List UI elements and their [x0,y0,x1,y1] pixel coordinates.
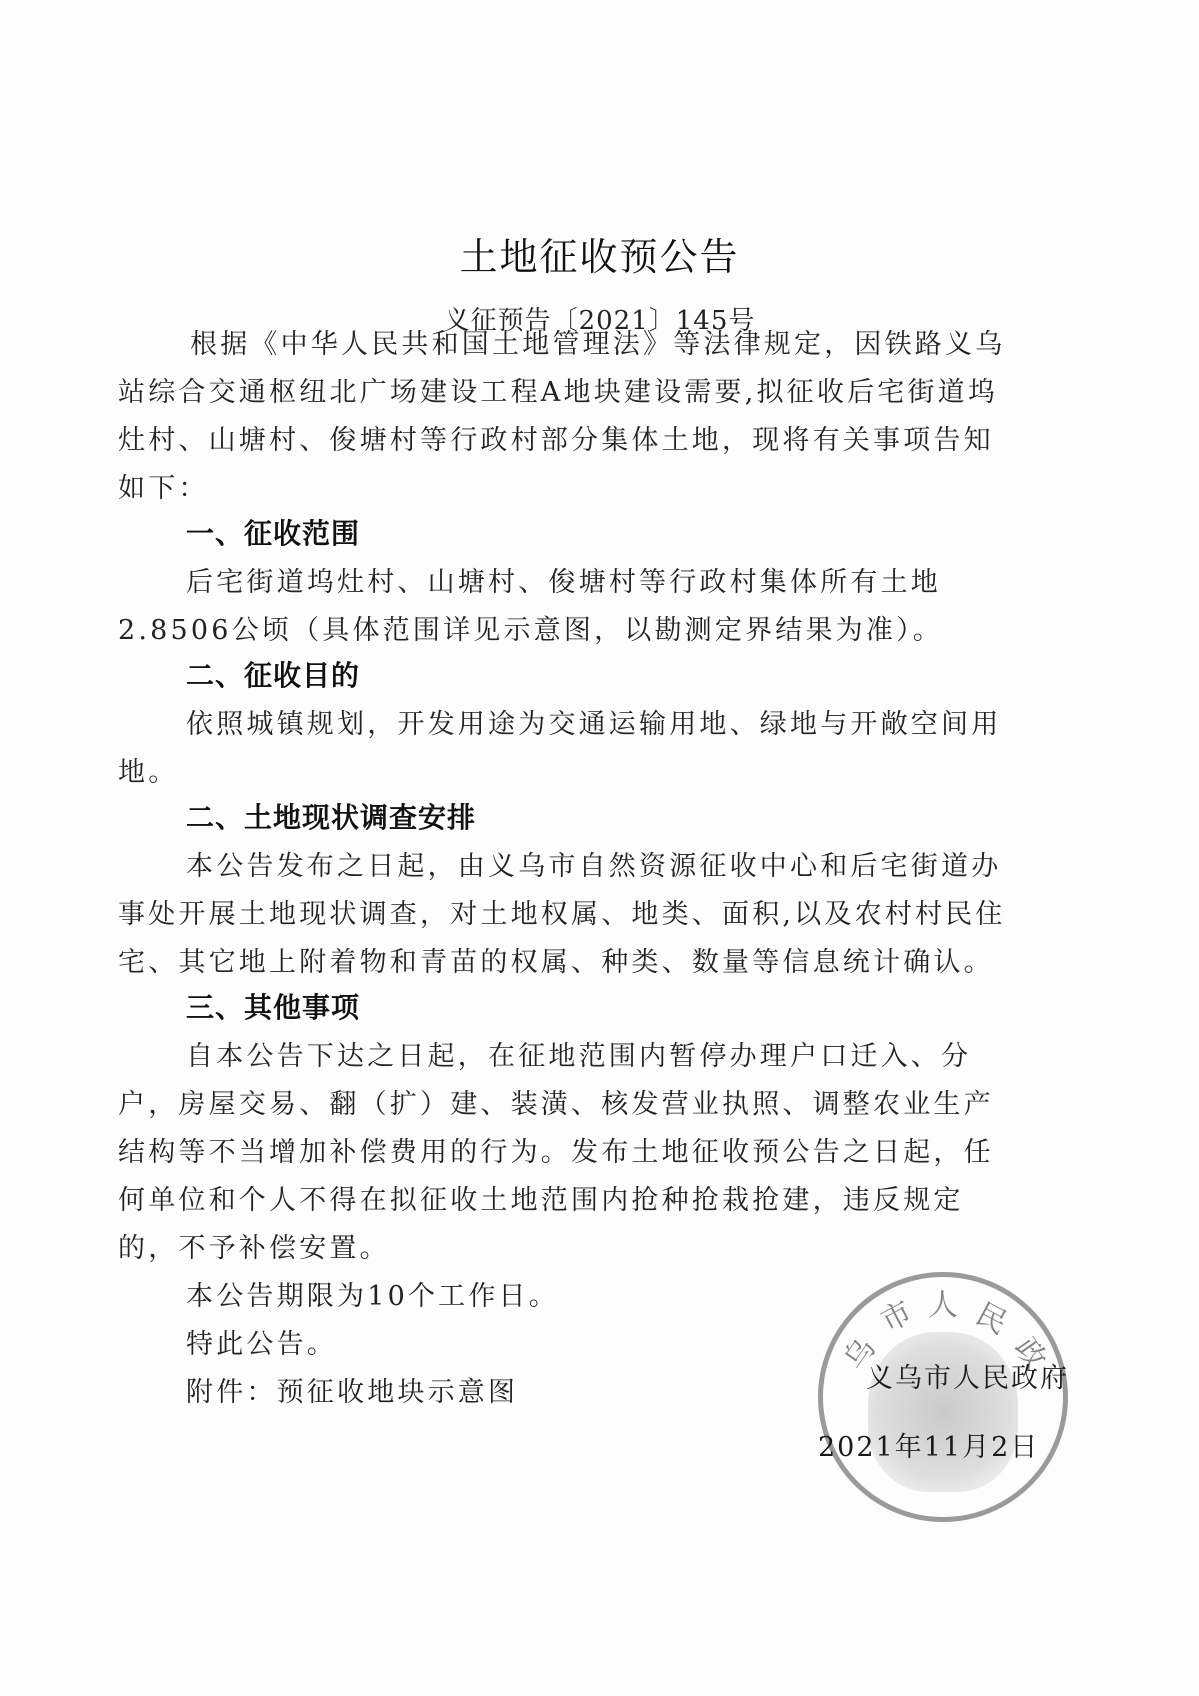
intro-line-1: 根据《中华人民共和国土地管理法》等法律规定，因铁路义乌 [190,322,1005,361]
closing-period: 本公告期限为10个工作日。 [186,1274,559,1313]
section-scope-line-1: 后宅街道坞灶村、山塘村、俊塘村等行政村集体所有土地 [186,560,941,599]
closing-notice: 特此公告。 [186,1322,337,1361]
section-purpose-line-1: 依照城镇规划，开发用途为交通运输用地、绿地与开敞空间用 [186,702,1001,741]
section-survey-line-1: 本公告发布之日起，由义乌市自然资源征收中心和后宅街道办 [186,844,1001,883]
section-heading-scope: 一、征收范围 [186,512,360,552]
issue-date: 2021年11月2日 [818,1425,1039,1464]
section-heading-other: 三、其他事项 [186,986,360,1026]
section-other-line-5: 的，不予补偿安置。 [118,1226,390,1265]
document-title: 土地征收预公告 [0,226,1199,281]
intro-line-2: 站综合交通枢纽北广场建设工程A地块建设需要,拟征收后宅街道坞 [118,370,998,409]
seal-char: 人 [928,1280,958,1324]
section-other-line-2: 户，房屋交易、翻（扩）建、装潢、核发营业执照、调整农业生产 [118,1082,994,1121]
section-purpose-line-2: 地。 [118,750,178,789]
document-page: 土地征收预公告 义征预告〔2021〕145号 根据《中华人民共和国土地管理法》等… [0,0,1199,1696]
issuer-name: 义乌市人民政府 [866,1356,1069,1395]
section-survey-line-3: 宅、其它地上附着物和青苗的权属、种类、数量等信息统计确认。 [118,940,994,979]
section-other-line-3: 结构等不当增加补偿费用的行为。发布土地征收预公告之日起，任 [118,1130,994,1169]
section-heading-survey: 二、土地现状调查安排 [186,796,476,836]
intro-line-3: 灶村、山塘村、俊塘村等行政村部分集体土地，现将有关事项告知 [118,418,994,457]
section-heading-purpose: 二、征收目的 [186,654,360,694]
intro-line-4: 如下： [118,466,209,505]
section-other-line-1: 自本公告下达之日起，在征地范围内暂停办理户口迁入、分 [186,1034,971,1073]
section-other-line-4: 何单位和个人不得在拟征收土地范围内抢种抢栽抢建，违反规定 [118,1178,964,1217]
section-scope-line-2: 2.8506公顷（具体范围详见示意图，以勘测定界结果为准）。 [118,608,943,647]
closing-attachment: 附件：预征收地块示意图 [186,1370,518,1409]
section-survey-line-2: 事处开展土地现状调查，对土地权属、地类、面积,以及农村村民住 [118,892,1006,931]
